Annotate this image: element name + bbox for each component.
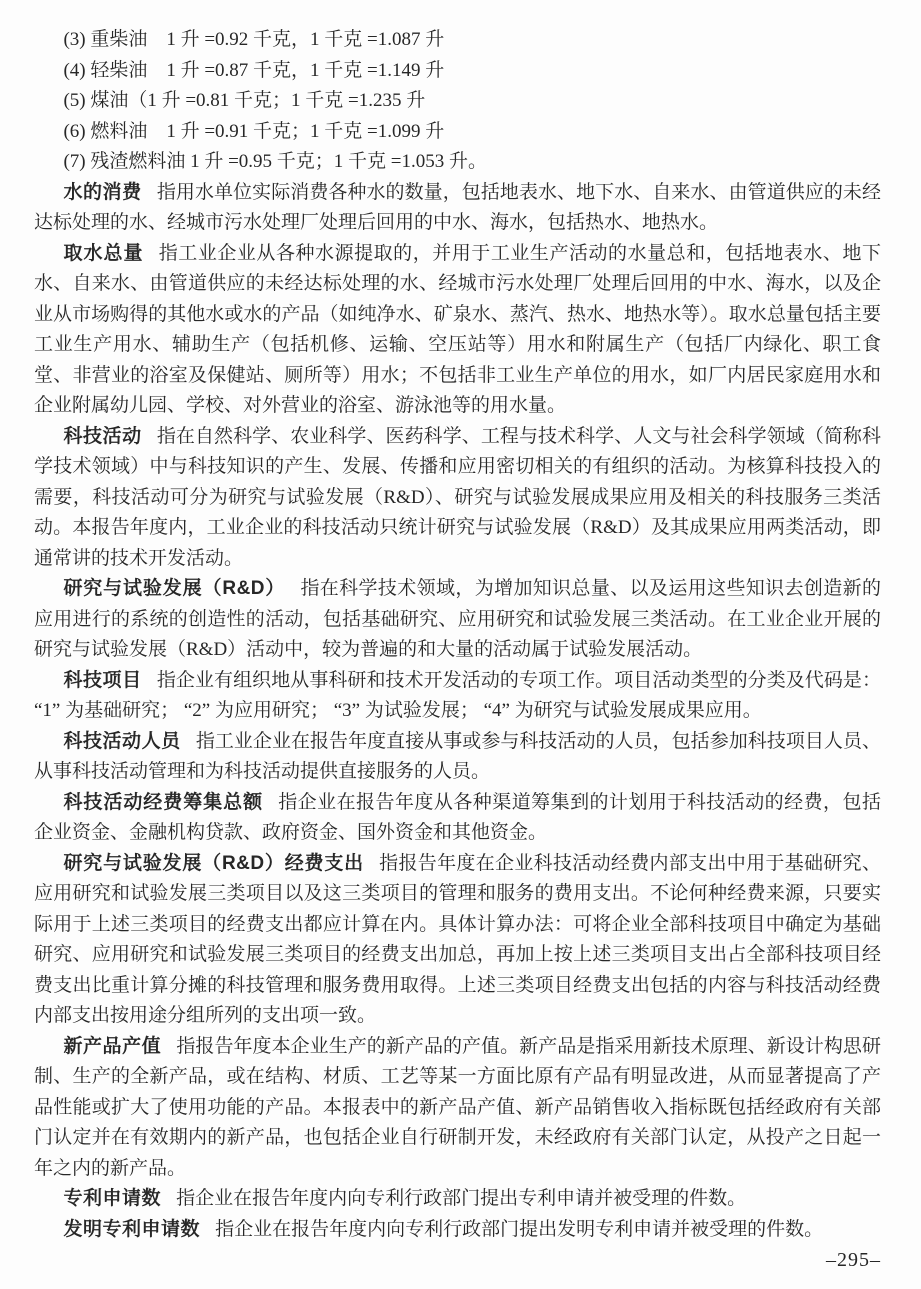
term-label: 科技活动 (63, 426, 141, 447)
page-number: –295– (826, 1249, 881, 1272)
definition-paragraph-sci-tech-projects: 科技项目指企业有组织地从事科研和技术开发活动的专项工作。项目活动类型的分类及代码… (34, 666, 881, 727)
document-page: (3) 重柴油 1 升 =0.92 千克，1 千克 =1.087 升 (4) 轻… (0, 0, 921, 1289)
term-label: 取水总量 (63, 243, 143, 264)
term-label: 科技项目 (63, 670, 141, 691)
definition-paragraph-invention-patent-applications: 发明专利申请数指企业在报告年度内向专利行政部门提出发明专利申请并被受理的件数。 (34, 1215, 881, 1246)
term-label: 发明专利申请数 (63, 1219, 200, 1240)
definition-text: 指企业在报告年度内向专利行政部门提出发明专利申请并被受理的件数。 (215, 1219, 823, 1240)
term-label: 科技活动经费筹集总额 (63, 792, 263, 813)
definition-text: 指企业有组织地从事科研和技术开发活动的专项工作。项目活动类型的分类及代码是：“1… (34, 670, 881, 722)
definition-text: 指工业企业从各种水源提取的，并用于工业生产活动的水量总和，包括地表水、地下水、自… (34, 243, 881, 417)
list-item-fuel-oil: (6) 燃料油 1 升 =0.91 千克；1 千克 =1.099 升 (34, 117, 881, 148)
term-label: 科技活动人员 (63, 731, 180, 752)
term-label: 研究与试验发展（R&D）经费支出 (63, 853, 364, 874)
definition-text: 指企业在报告年度内向专利行政部门提出专利申请并被受理的件数。 (176, 1188, 746, 1209)
list-item-heavy-diesel: (3) 重柴油 1 升 =0.92 千克，1 千克 =1.087 升 (34, 25, 881, 56)
term-label: 水的消费 (63, 182, 141, 203)
list-item-light-diesel: (4) 轻柴油 1 升 =0.87 千克，1 千克 =1.149 升 (34, 56, 881, 87)
definition-paragraph-water-consumption: 水的消费指用水单位实际消费各种水的数量，包括地表水、地下水、自来水、由管道供应的… (34, 178, 881, 239)
definition-text: 指在自然科学、农业科学、医药科学、工程与技术科学、人文与社会科学领域（简称科学技… (34, 426, 881, 569)
definition-text: 指报告年度本企业生产的新产品的产值。新产品是指采用新技术原理、新设计构思研制、生… (34, 1036, 881, 1179)
definition-paragraph-rnd: 研究与试验发展（R&D）指在科学技术领域，为增加知识总量、以及运用这些知识去创造… (34, 574, 881, 666)
definition-paragraph-sci-tech-activities: 科技活动指在自然科学、农业科学、医药科学、工程与技术科学、人文与社会科学领域（简… (34, 422, 881, 575)
fuel-conversion-list: (3) 重柴油 1 升 =0.92 千克，1 千克 =1.087 升 (4) 轻… (34, 25, 881, 178)
term-label: 研究与试验发展（R&D） (63, 578, 285, 599)
definition-paragraph-rnd-expenditure: 研究与试验发展（R&D）经费支出指报告年度在企业科技活动经费内部支出中用于基础研… (34, 849, 881, 1032)
term-label: 新产品产值 (63, 1036, 161, 1057)
definition-paragraph-new-product-output: 新产品产值指报告年度本企业生产的新产品的产值。新产品是指采用新技术原理、新设计构… (34, 1032, 881, 1185)
definition-paragraph-patent-applications: 专利申请数指企业在报告年度内向专利行政部门提出专利申请并被受理的件数。 (34, 1184, 881, 1215)
page-content: (3) 重柴油 1 升 =0.92 千克，1 千克 =1.087 升 (4) 轻… (34, 25, 881, 1245)
definition-text: 指报告年度在企业科技活动经费内部支出中用于基础研究、应用研究和试验发展三类项目以… (34, 853, 881, 1027)
definition-paragraph-sci-tech-funds-raised: 科技活动经费筹集总额指企业在报告年度从各种渠道筹集到的计划用于科技活动的经费，包… (34, 788, 881, 849)
list-item-kerosene: (5) 煤油（1 升 =0.81 千克；1 千克 =1.235 升 (34, 86, 881, 117)
definition-paragraph-total-water-intake: 取水总量指工业企业从各种水源提取的，并用于工业生产活动的水量总和，包括地表水、地… (34, 239, 881, 422)
definition-text: 指用水单位实际消费各种水的数量，包括地表水、地下水、自来水、由管道供应的未经达标… (34, 182, 881, 234)
definition-paragraph-sci-tech-personnel: 科技活动人员指工业企业在报告年度直接从事或参与科技活动的人员，包括参加科技项目人… (34, 727, 881, 788)
term-label: 专利申请数 (63, 1188, 161, 1209)
list-item-residual-fuel-oil: (7) 残渣燃料油 1 升 =0.95 千克；1 千克 =1.053 升。 (34, 147, 881, 178)
